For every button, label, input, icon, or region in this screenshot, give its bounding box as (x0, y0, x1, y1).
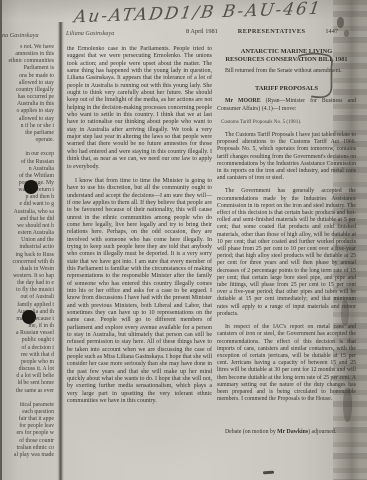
cutoff-text-line: and that he did (2, 216, 54, 223)
tariff-paragraph: The Government has generally accepted th… (217, 188, 356, 318)
pen-bracket-annotation (297, 49, 339, 105)
cutoff-text-line: of a decision t (2, 345, 54, 352)
cutoff-text-line: discuss it. A lot (2, 366, 54, 373)
cutoff-text-line: the parliame (2, 130, 54, 137)
scan-speck (344, 30, 349, 37)
cutoff-text-line (2, 144, 54, 151)
right-text-column: ANTARCTIC MARINE LIVING RESOURCES CONSER… (217, 48, 356, 456)
cutoff-text-line: has occurred pe (2, 94, 54, 101)
left-column-name-fragment: na Gasinskaya (2, 32, 39, 39)
speech-paragraph: the Ermolenko case in the Parliaments. P… (67, 46, 212, 171)
cutoff-text-line: itical paramete (2, 402, 54, 409)
cutoff-text-line: ethnic communities (2, 58, 54, 65)
cutoff-text-line: concerned with th (2, 259, 54, 266)
tariff-paragraph: In respect of the IAC's report on metal … (217, 324, 356, 403)
cutoff-text-line: tralian ethnic co (2, 445, 54, 452)
cutoff-text-line: ing back to Russ (2, 252, 54, 259)
cutoff-text-line: Union and the (2, 237, 54, 244)
cutoff-text-line: d a lot will belie (2, 373, 54, 380)
cutoff-text-line: p and then h (2, 194, 54, 201)
cutoff-text-line: of the Whitlam (2, 173, 54, 180)
cutoff-text-line: n if he or she i (2, 123, 54, 130)
cutoff-text-line: Parliament is (2, 65, 54, 72)
cutoff-text-line: n Australia (2, 166, 54, 173)
tariff-paragraph: The Customs Tariff Proposals I have just… (217, 132, 356, 182)
cutoff-text-line: o applies to stay (2, 108, 54, 115)
speech-paragraph: I know that from time to time the Minist… (67, 178, 212, 406)
cutoff-text-line: of those countr (2, 438, 54, 445)
cutoff-text-line: of the Russian (2, 159, 54, 166)
cutoff-text-line: we should not b (2, 223, 54, 230)
ink-blot-dot (22, 310, 36, 324)
scan-speck (341, 300, 349, 326)
middle-text-column: the Ermolenko case in the Parliaments. P… (67, 46, 212, 448)
header-page-number: 1447 (325, 28, 338, 35)
cutoff-text-line: allowed to stay (2, 80, 54, 87)
debate-prefix: Debate (on motion by (225, 429, 277, 435)
cutoff-text-line: ers for people w (2, 430, 54, 437)
cutoff-text-line: s not. We have (2, 44, 54, 51)
cutoff-text-line: operate. (2, 137, 54, 144)
cutoff-text-line: family applied t (2, 302, 54, 309)
cutoff-text-line: industrial actio (2, 244, 54, 251)
cutoff-left-column: s not. We haveamnesties in thisethnic co… (2, 44, 54, 464)
cutoff-text-line: duals in Westn (2, 266, 54, 273)
scan-speck (343, 388, 352, 422)
cutoff-text-line: e did want to g (2, 201, 54, 208)
cutoff-text-line: the same as ever (2, 388, 54, 395)
debate-member-name: Mr Dawkins (277, 429, 308, 435)
ink-blot-dot (24, 180, 38, 194)
cutoff-text-line: out of Australi (2, 294, 54, 301)
running-header: 8 April 1981 REPRESENTATIVES 1447 (186, 28, 338, 35)
speaker-name: Mr MOORE (225, 98, 261, 104)
page-fold-gutter (57, 22, 64, 480)
cutoff-text-line: ld be sent home (2, 380, 54, 387)
cutoff-text-line: ons be made to (2, 73, 54, 80)
header-chamber: REPRESENTATIVES (238, 28, 306, 35)
cutoff-text-line: Australia, who sa (2, 209, 54, 216)
scan-speck (337, 17, 344, 28)
cutoff-text-line (2, 395, 54, 402)
cutoff-text-line: al play was made (2, 452, 54, 459)
cutoff-text-line: people who m (2, 359, 54, 366)
cutoff-text-line: western. It so hap (2, 273, 54, 280)
motion-citation: Customs Tariff Proposals No. 5 (1981). (221, 119, 356, 126)
cutoff-text-line: public ought t (2, 337, 54, 344)
cutoff-text-line: ree with that d (2, 352, 54, 359)
debate-adjourned-line: Debate (on motion by Mr Dawkins) adjourn… (217, 429, 356, 436)
cutoff-text-line: amnesties in this (2, 51, 54, 58)
cutoff-text-line: in our excep (2, 151, 54, 158)
scanned-hansard-page: Au-ATADD1/B B-AU-461 8 April 1981 REPRES… (0, 0, 367, 480)
cutoff-text-line: me, if in th (2, 323, 54, 330)
bottom-smudge-mark (263, 471, 274, 474)
cutoff-text-line: Australia in this (2, 101, 54, 108)
cutoff-text-line: country illegally (2, 87, 54, 94)
cutoff-text-line: allowed to stay (2, 116, 54, 123)
cutoff-text-line: estern Australia (2, 230, 54, 237)
debate-suffix: ) adjourned. (308, 429, 336, 435)
cutoff-text-line: a Russian vessel (2, 330, 54, 337)
middle-column-name-fragment: Liliana Gasinskaya (66, 30, 114, 37)
header-date: 8 April 1981 (186, 28, 218, 35)
